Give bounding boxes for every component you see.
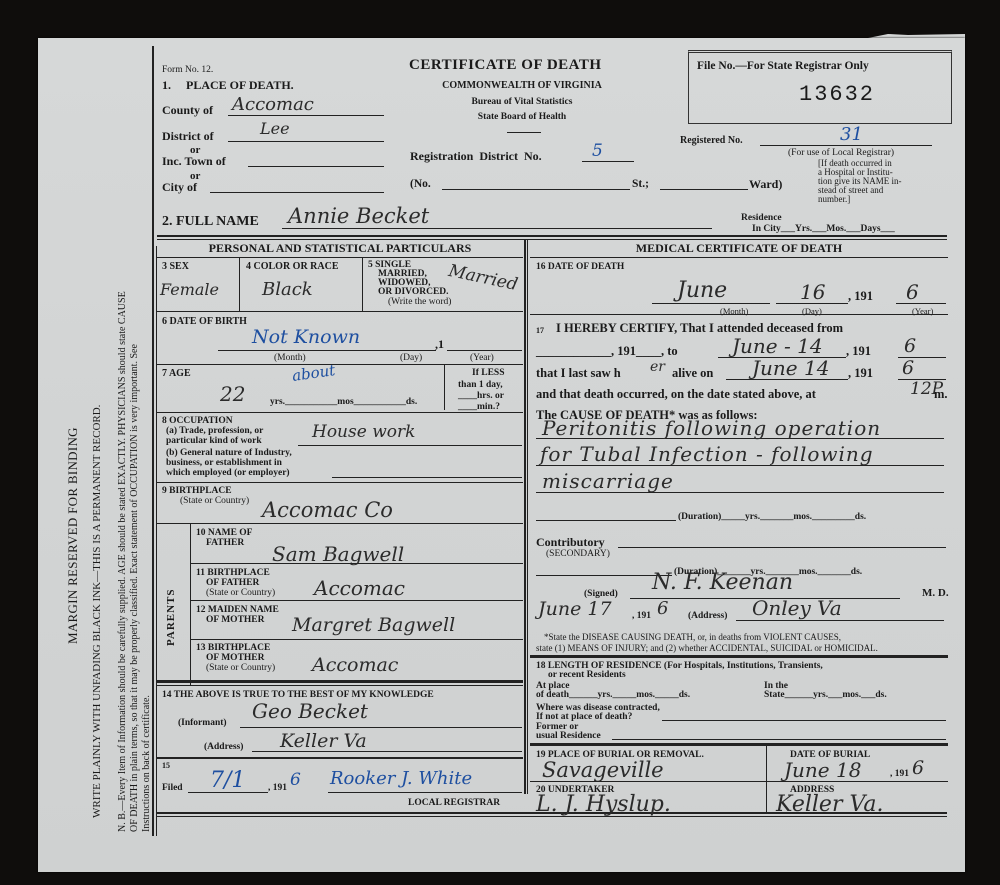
mother-name-label-2: OF MOTHER (206, 615, 265, 625)
margin-title: MARGIN RESERVED FOR BINDING (66, 427, 79, 644)
street-label: St.; (632, 178, 649, 190)
filed-year-value[interactable]: 6 (290, 770, 301, 790)
age-label: 7 AGE (162, 368, 191, 380)
ward-label: Ward) (749, 178, 782, 190)
town-label: Inc. Town of (162, 155, 226, 167)
duration-line-1: (Duration)_____yrs._______mos._________d… (678, 511, 866, 523)
filed-year-prefix: , 191 (268, 782, 287, 794)
registration-district-label: Registration District No. (410, 150, 542, 162)
at-place-label-2: of death______yrs._____mos._____ds. (536, 689, 690, 701)
occupation-b-1: (b) General nature of Industry, (166, 448, 292, 458)
medical-heading: MEDICAL CERTIFICATE OF DEATH (530, 242, 948, 254)
dob-year-prefix: ,1 (435, 338, 444, 350)
dob-day-caption: (Day) (400, 352, 422, 364)
dob-label: 6 DATE OF BIRTH (162, 316, 247, 328)
date-of-death-month[interactable]: June (677, 278, 727, 303)
attended-year[interactable]: 6 (904, 335, 916, 357)
district-label: District of (162, 130, 214, 142)
father-birthplace-label-2: OF FATHER (206, 578, 259, 588)
burial-year[interactable]: 6 (912, 757, 924, 779)
place-of-death-label: 1. PLACE OF DEATH. (162, 79, 294, 91)
binding-margin: MARGIN RESERVED FOR BINDING WRITE PLAINL… (38, 38, 150, 872)
cause-line-1[interactable]: Peritonitis following operation (542, 416, 881, 440)
commonwealth-label: COMMONWEALTH OF VIRGINIA (392, 80, 652, 92)
county-label: County of (162, 104, 213, 116)
date-of-death-label: 16 DATE OF DEATH (536, 261, 624, 273)
mother-birthplace-label-3: (State or Country) (206, 663, 275, 673)
local-registrar-label: LOCAL REGISTRAR (408, 797, 500, 809)
bureau-label: Bureau of Vital Statistics (392, 96, 652, 108)
occupation-a-1: (a) Trade, profession, or (166, 426, 263, 436)
sex-label: 3 SEX (162, 261, 189, 273)
personal-heading: PERSONAL AND STATISTICAL PARTICULARS (157, 242, 523, 254)
less-than-day-3: ____hrs. or (458, 391, 504, 401)
street-no-label: (No. (410, 178, 431, 190)
dod-month-caption: (Month) (720, 305, 748, 317)
birthplace-sub: (State or Country) (180, 496, 249, 506)
last-saw-year-prefix: , 191 (848, 367, 873, 379)
physician-address-value[interactable]: Onley Va (752, 596, 842, 620)
md-label: M. D. (922, 587, 949, 599)
filed-date-value[interactable]: 7/1 (210, 768, 245, 793)
father-name-label-2: FATHER (206, 538, 244, 548)
occupation-a-2: particular kind of work (166, 436, 262, 446)
mother-birthplace-value[interactable]: Accomac (312, 654, 398, 676)
burial-year-prefix: , 191 (890, 768, 909, 780)
registered-no-label: Registered No. (680, 135, 743, 147)
race-value[interactable]: Black (262, 279, 313, 300)
mother-birthplace-label-2: OF MOTHER (206, 653, 265, 663)
age-value[interactable]: 22 (220, 382, 245, 406)
informant-address-value[interactable]: Keller Va (280, 730, 367, 752)
last-saw-prefix: that I last saw h (536, 367, 621, 379)
residence-city-line: In City___Yrs.___Mos.___Days___ (752, 223, 895, 235)
race-label: 4 COLOR OR RACE (246, 261, 339, 273)
in-state-label-2: State______yrs.___mos.___ds. (764, 689, 887, 701)
signed-year[interactable]: 6 (657, 598, 668, 619)
dob-year-caption: (Year) (470, 352, 494, 364)
cause-line-3[interactable]: miscarriage (542, 469, 674, 493)
cause-line-2[interactable]: for Tubal Infection - following (540, 442, 874, 466)
form-number: Form No. 12. (162, 64, 213, 76)
occupation-a-value[interactable]: House work (312, 422, 415, 442)
item-17-label: 17 (536, 325, 544, 337)
filed-label: Filed (162, 782, 183, 794)
mother-name-label-1: 12 MAIDEN NAME (196, 605, 279, 615)
less-than-day-1: If LESS (472, 368, 504, 378)
board-label: State Board of Health (392, 111, 652, 123)
former-residence-label-2: usual Residence (536, 730, 601, 742)
signed-date[interactable]: June 17 (538, 598, 612, 620)
date-of-death-day[interactable]: 16 (800, 280, 825, 304)
certificate-title: CERTIFICATE OF DEATH (409, 59, 602, 71)
local-registrar-signature[interactable]: Rooker J. White (330, 768, 472, 789)
hospital-note-5: number.] (818, 195, 850, 204)
occupation-label: 8 OCCUPATION (162, 416, 233, 426)
last-saw-date[interactable]: June 14 (752, 356, 829, 380)
physician-address-label: (Address) (688, 610, 727, 622)
burial-date-value[interactable]: June 18 (784, 758, 861, 782)
sex-value[interactable]: Female (160, 280, 219, 299)
mother-birthplace-label-1: 13 BIRTHPLACE (196, 643, 270, 653)
registered-no-value[interactable]: 31 (840, 124, 863, 145)
file-number-label: File No.—For State Registrar Only (697, 60, 869, 72)
occupation-b-3: which employed (or employer) (166, 468, 290, 478)
date-of-death-year[interactable]: 6 (906, 280, 919, 304)
attended-to-date[interactable]: June - 14 (732, 334, 823, 358)
secondary-label: (SECONDARY) (546, 548, 610, 560)
dob-month-caption: (Month) (274, 352, 306, 364)
marital-label-4: OR DIVORCED. (378, 288, 449, 297)
item-15-label: 15 (162, 760, 170, 772)
last-saw-pronoun[interactable]: er (650, 359, 665, 375)
birthplace-label: 9 BIRTHPLACE (162, 486, 232, 496)
parents-label: PARENTS (165, 588, 177, 646)
county-value[interactable]: Accomac (232, 94, 314, 115)
undertaker-address-value[interactable]: Keller Va. (776, 792, 883, 817)
dob-value[interactable]: Not Known (252, 326, 360, 348)
father-birthplace-value[interactable]: Accomac (314, 576, 405, 600)
physician-signature[interactable]: N. F. Keenan (652, 570, 793, 595)
center-divider (524, 239, 526, 794)
father-name-label-1: 10 NAME OF (196, 528, 252, 538)
mother-name-value[interactable]: Margret Bagwell (292, 614, 455, 636)
date-of-death-year-prefix: , 191 (848, 290, 873, 302)
last-saw-year[interactable]: 6 (902, 357, 914, 379)
burial-place-value[interactable]: Savageville (542, 758, 664, 782)
certify-text: I HEREBY CERTIFY, That I attended deceas… (556, 322, 843, 334)
occurred-text: and that death occurred, on the date sta… (536, 388, 816, 400)
informant-address-label: (Address) (204, 741, 243, 753)
city-label: City of (162, 181, 197, 193)
attended-from-line: ____________, 191____, to (536, 345, 678, 357)
file-number-value: 13632 (799, 83, 875, 107)
birthplace-value[interactable]: Accomac Co (262, 498, 393, 522)
registration-district-value[interactable]: 5 (592, 141, 603, 161)
contributory-label: Contributory (536, 536, 605, 548)
occurred-suffix: m. (934, 388, 948, 400)
file-number-box: File No.—For State Registrar Only 13632 (688, 50, 952, 124)
less-than-day-4: ____min.? (458, 402, 500, 412)
signed-year-prefix: , 191 (632, 610, 651, 622)
age-units: yrs.___________mos___________ds. (270, 396, 417, 408)
informant-label: (Informant) (178, 717, 227, 729)
margin-ink-note: WRITE PLAINLY WITH UNFADING BLACK INK—TH… (91, 405, 104, 818)
dod-day-caption: (Day) (802, 305, 822, 317)
father-birthplace-label-3: (State or Country) (206, 588, 275, 598)
district-value[interactable]: Lee (260, 119, 290, 138)
footnote-line-2: state (1) MEANS OF INJURY; and (2) wheth… (536, 642, 878, 654)
marital-value[interactable]: Married (447, 261, 520, 295)
occupation-b-2: business, or establishment in (166, 458, 282, 468)
less-than-day-2: than 1 day, (458, 380, 503, 390)
death-certificate-form: Form No. 12. 1. PLACE OF DEATH. CERTIFIC… (152, 46, 952, 836)
full-name-label: 2. FULL NAME (162, 215, 259, 229)
undertaker-value[interactable]: L. J. Hyslup. (536, 792, 671, 817)
father-birthplace-label-1: 11 BIRTHPLACE (196, 568, 270, 578)
last-saw-suffix: alive on (672, 367, 713, 379)
dod-year-caption: (Year) (912, 305, 933, 317)
marital-label-5: (Write the word) (388, 298, 451, 307)
attended-year-prefix: , 191 (846, 345, 871, 357)
full-name-value[interactable]: Annie Becket (288, 204, 429, 228)
informant-value[interactable]: Geo Becket (252, 699, 368, 723)
